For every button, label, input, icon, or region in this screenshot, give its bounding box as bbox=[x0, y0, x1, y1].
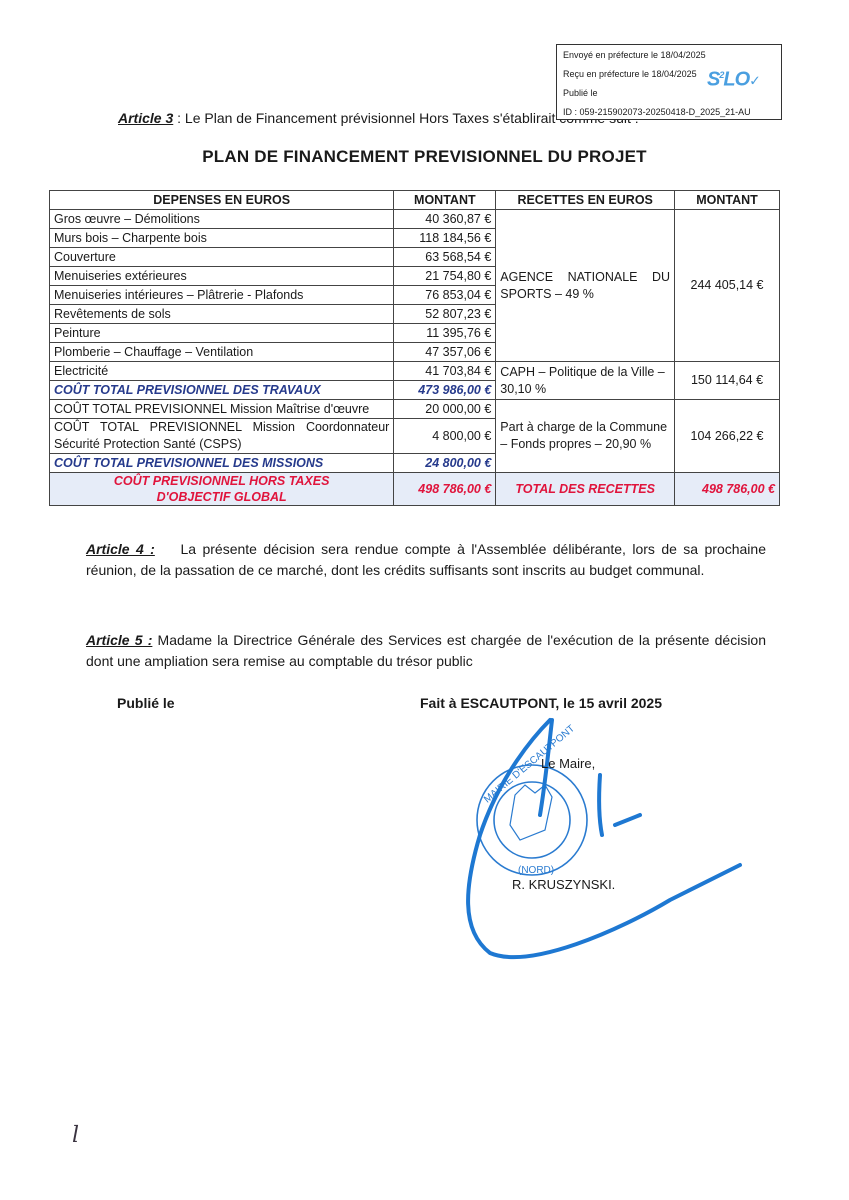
total-missions-amount: 24 800,00 € bbox=[394, 454, 496, 473]
table-row: COÛT TOTAL PREVISIONNEL Mission Maîtrise… bbox=[50, 400, 780, 419]
s2lo-logo: S2LO✓ bbox=[707, 69, 760, 87]
mission-amount: 20 000,00 € bbox=[394, 400, 496, 419]
header-montant-recettes: MONTANT bbox=[675, 191, 780, 210]
recette-label: AGENCE NATIONALE DU SPORTS – 49 % bbox=[496, 210, 675, 362]
mayor-title: Le Maire, bbox=[541, 756, 595, 771]
article-3-label: Article 3 bbox=[118, 110, 173, 126]
mission-amount: 4 800,00 € bbox=[394, 419, 496, 454]
total-travaux-amount: 473 986,00 € bbox=[394, 381, 496, 400]
signature-icon bbox=[468, 720, 740, 957]
depense-amount: 41 703,84 € bbox=[394, 362, 496, 381]
published-label: Publié le bbox=[117, 695, 175, 711]
depense-amount: 21 754,80 € bbox=[394, 267, 496, 286]
depense-label: Couverture bbox=[50, 248, 394, 267]
depense-amount: 63 568,54 € bbox=[394, 248, 496, 267]
depense-label: Menuiseries extérieures bbox=[50, 267, 394, 286]
page-title: PLAN DE FINANCEMENT PREVISIONNEL DU PROJ… bbox=[0, 147, 849, 167]
depense-amount: 76 853,04 € bbox=[394, 286, 496, 305]
financing-table: DEPENSES EN EUROS MONTANT RECETTES EN EU… bbox=[49, 190, 780, 506]
article-4-label: Article 4 : bbox=[86, 541, 155, 557]
svg-text:(NORD): (NORD) bbox=[518, 865, 554, 876]
depense-amount: 47 357,06 € bbox=[394, 343, 496, 362]
prefecture-stamp: Envoyé en préfecture le 18/04/2025 Reçu … bbox=[556, 44, 782, 120]
total-global-amount: 498 786,00 € bbox=[394, 473, 496, 506]
recette-amount: 150 114,64 € bbox=[675, 362, 780, 400]
mission-label: COÛT TOTAL PREVISIONNEL Mission Maîtrise… bbox=[50, 400, 394, 419]
stamp-id: ID : 059-215902073-20250418-D_2025_21-AU bbox=[563, 106, 781, 118]
depense-amount: 40 360,87 € bbox=[394, 210, 496, 229]
done-at: Fait à ESCAUTPONT, le 15 avril 2025 bbox=[420, 695, 662, 711]
total-recettes-amount: 498 786,00 € bbox=[675, 473, 780, 506]
header-recettes: RECETTES EN EUROS bbox=[496, 191, 675, 210]
depense-label: Revêtements de sols bbox=[50, 305, 394, 324]
recette-label: Part à charge de la Commune – Fonds prop… bbox=[496, 400, 675, 473]
recette-amount: 104 266,22 € bbox=[675, 400, 780, 473]
page-initial: l bbox=[72, 1123, 79, 1148]
depense-label: Electricité bbox=[50, 362, 394, 381]
signer-name: R. KRUSZYNSKI. bbox=[512, 877, 615, 892]
depense-label: Murs bois – Charpente bois bbox=[50, 229, 394, 248]
depense-amount: 11 395,76 € bbox=[394, 324, 496, 343]
article-4: Article 4 : La présente décision sera re… bbox=[86, 539, 766, 581]
article-5-label: Article 5 : bbox=[86, 632, 152, 648]
header-montant-depenses: MONTANT bbox=[394, 191, 496, 210]
total-recettes-label: TOTAL DES RECETTES bbox=[496, 473, 675, 506]
total-global-label: COÛT PREVISIONNEL HORS TAXESD'OBJECTIF G… bbox=[50, 473, 394, 506]
stamp-sent: Envoyé en préfecture le 18/04/2025 bbox=[563, 49, 781, 61]
total-travaux-label: COÛT TOTAL PREVISIONNEL DES TRAVAUX bbox=[50, 381, 394, 400]
article-4-text: La présente décision sera rendue compte … bbox=[86, 541, 766, 578]
article-5-text: Madame la Directrice Générale des Servic… bbox=[86, 632, 766, 669]
total-global-row: COÛT PREVISIONNEL HORS TAXESD'OBJECTIF G… bbox=[50, 473, 780, 506]
table-row: Electricité 41 703,84 € CAPH – Politique… bbox=[50, 362, 780, 381]
depense-label: Peinture bbox=[50, 324, 394, 343]
depense-label: Menuiseries intérieures – Plâtrerie - Pl… bbox=[50, 286, 394, 305]
depense-amount: 52 807,23 € bbox=[394, 305, 496, 324]
depense-amount: 118 184,56 € bbox=[394, 229, 496, 248]
table-header-row: DEPENSES EN EUROS MONTANT RECETTES EN EU… bbox=[50, 191, 780, 210]
recette-label: CAPH – Politique de la Ville – 30,10 % bbox=[496, 362, 675, 400]
recette-amount: 244 405,14 € bbox=[675, 210, 780, 362]
table-row: Gros œuvre – Démolitions 40 360,87 € AGE… bbox=[50, 210, 780, 229]
article-5: Article 5 : Madame la Directrice Général… bbox=[86, 630, 766, 672]
signature-and-seal: MAIRIE D'ESCAUTPONT (NORD) bbox=[440, 715, 770, 975]
depense-label: Gros œuvre – Démolitions bbox=[50, 210, 394, 229]
mission-label: COÛT TOTAL PREVISIONNEL Mission Coordonn… bbox=[50, 419, 394, 454]
depense-label: Plomberie – Chauffage – Ventilation bbox=[50, 343, 394, 362]
header-depenses: DEPENSES EN EUROS bbox=[50, 191, 394, 210]
total-missions-label: COÛT TOTAL PREVISIONNEL DES MISSIONS bbox=[50, 454, 394, 473]
